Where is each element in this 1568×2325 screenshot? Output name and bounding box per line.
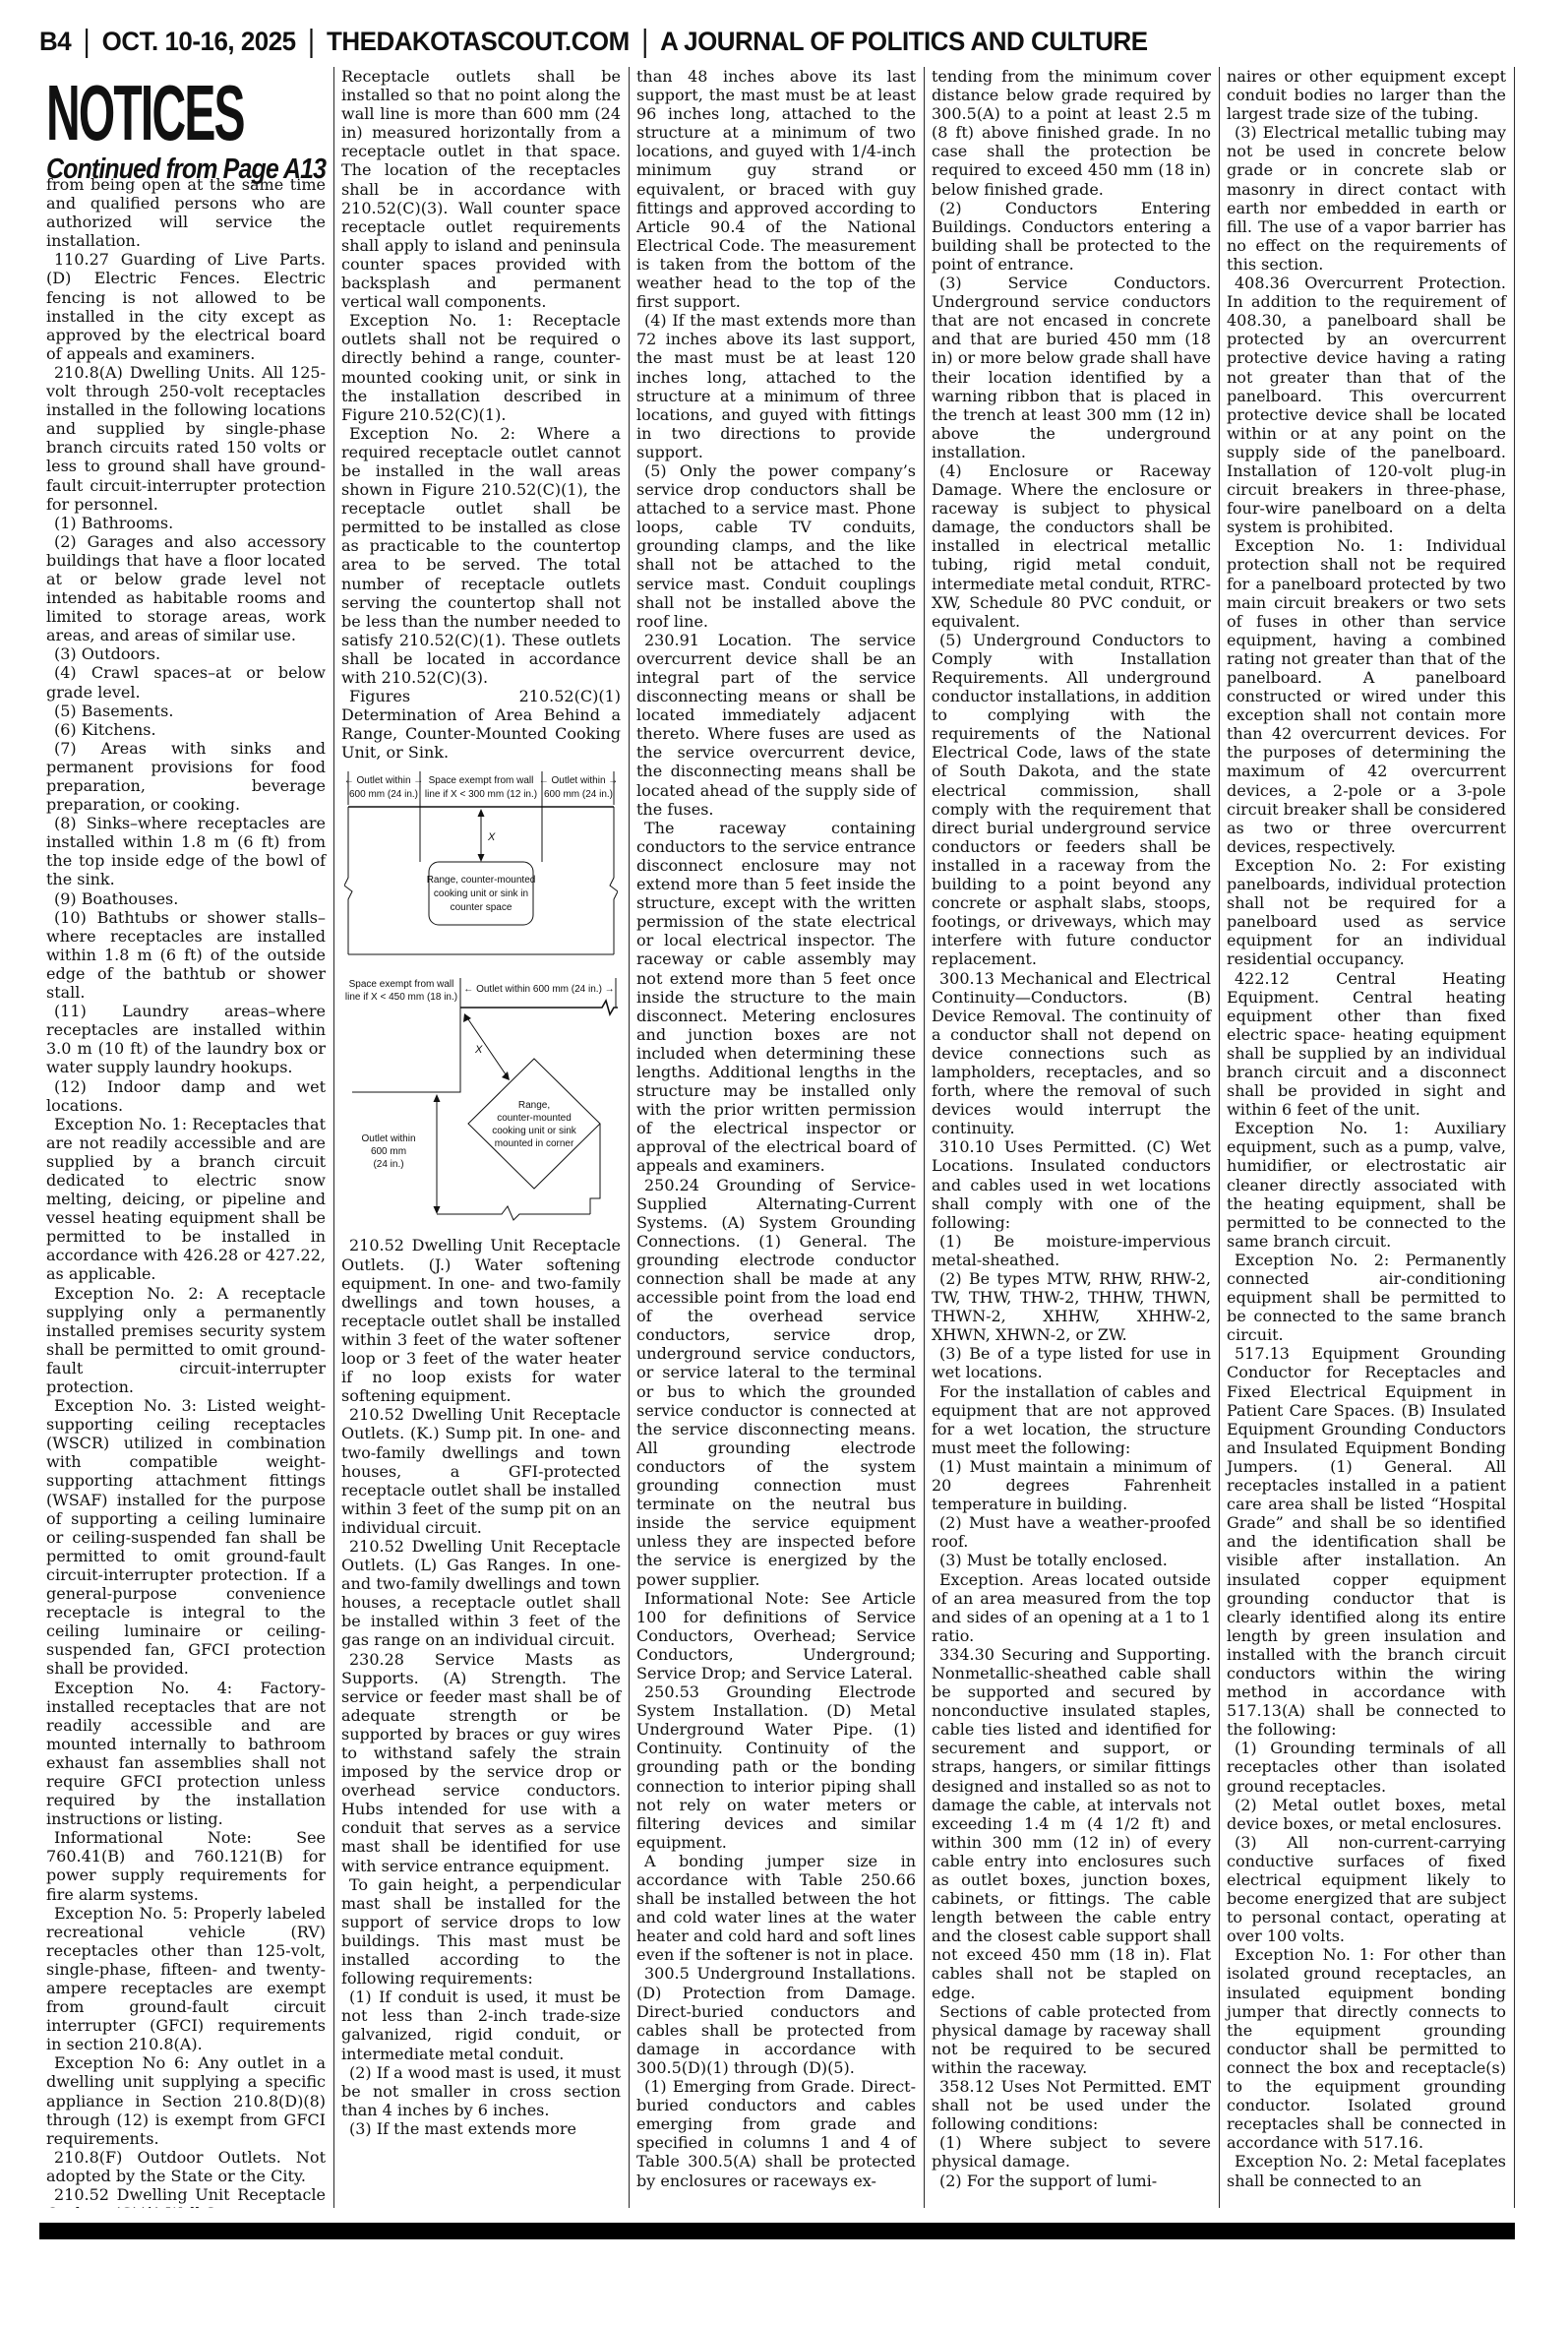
newspaper-page: B4 | OCT. 10-16, 2025 | THEDAKOTASCOUT.C…	[0, 0, 1568, 2325]
notice-paragraph: (1) Emerging from Grade. Direct-buried c…	[636, 2077, 916, 2190]
notice-paragraph: 210.52 Dwelling Unit Receptacle Outlets.…	[46, 2185, 326, 2208]
notice-paragraph: 230.28 Service Masts as Supports. (A) St…	[341, 1650, 621, 1875]
notice-paragraph: 408.36 Overcurrent Protection. In additi…	[1227, 274, 1506, 536]
column-text: tending from the minimum cover distance …	[932, 67, 1211, 2190]
notices-heading: NOTICES Continued from Page A13	[46, 81, 326, 175]
notice-paragraph: (11) Laundry areas–where receptacles are…	[46, 1002, 326, 1076]
notice-paragraph: Informational Note: See 760.41(B) and 76…	[46, 1828, 326, 1903]
notice-paragraph: 517.13 Equipment Grounding Conductor for…	[1227, 1344, 1506, 1739]
notice-paragraph: (2) Metal outlet boxes, metal device box…	[1227, 1796, 1506, 1833]
figure-box-label: Range,	[518, 1100, 550, 1111]
notice-paragraph: 358.12 Uses Not Permitted. EMT shall not…	[932, 2077, 1211, 2133]
notice-paragraph: Exception No. 4: Factory-installed recep…	[46, 1679, 326, 1829]
notice-paragraph: (10) Bathtubs or shower stalls–where rec…	[46, 908, 326, 1002]
notice-paragraph: (1) Bathrooms.	[46, 514, 326, 532]
figure-box-label: cooking unit or sink in	[434, 888, 528, 899]
figure-x-label: X	[487, 831, 496, 843]
notice-paragraph: (3) Outdoors.	[46, 644, 326, 663]
notice-paragraph: (1) Be moisture-impervious metal-sheathe…	[932, 1232, 1211, 1269]
notice-paragraph: (1) If conduit is used, it must be not l…	[341, 1988, 621, 2062]
figure-label: 600 mm	[371, 1146, 406, 1157]
notice-paragraph: (5) Underground Conductors to Comply wit…	[932, 631, 1211, 969]
counter-space-diagram: ← Outlet within → 600 mm (24 in.) Space …	[344, 771, 618, 964]
notice-paragraph: 210.52 Dwelling Unit Receptacle Outlets.…	[341, 1236, 621, 1405]
notice-paragraph: 300.5 Underground Installations. (D) Pro…	[636, 1964, 916, 2077]
notice-paragraph: 422.12 Central Heating Equipment. Centra…	[1227, 969, 1506, 1120]
notice-paragraph: (2) Conductors Entering Buildings. Condu…	[932, 199, 1211, 274]
figure-label: line if X < 450 mm (18 in.)	[345, 992, 457, 1003]
column-text: Receptacle outlets shall be installed so…	[341, 67, 621, 2138]
website-url: THEDAKOTASCOUT.COM	[327, 27, 630, 57]
notice-paragraph: 334.30 Securing and Supporting. Nonmetal…	[932, 1645, 1211, 2002]
notice-paragraph: 300.13 Mechanical and Electrical Continu…	[932, 969, 1211, 1138]
figure-label: ← Outlet within 600 mm (24 in.) →	[463, 984, 614, 995]
column-text: than 48 inches above its last support, t…	[636, 67, 916, 2190]
page-bottom-rule	[39, 2223, 1515, 2239]
masthead-separator: |	[296, 24, 327, 60]
notice-paragraph: Exception No. 2: Permanently connected a…	[1227, 1251, 1506, 1344]
figure-label: ← Outlet within →	[539, 775, 618, 786]
notice-paragraph: For the installation of cables and equip…	[932, 1382, 1211, 1457]
notice-paragraph: naires or other equipment except conduit…	[1227, 67, 1506, 123]
notice-paragraph: tending from the minimum cover distance …	[932, 67, 1211, 199]
page-number: B4	[39, 27, 71, 57]
notice-paragraph: (7) Areas with sinks and permanent provi…	[46, 739, 326, 814]
figure-label: (24 in.)	[373, 1159, 403, 1170]
figure-label: 600 mm (24 in.)	[544, 789, 613, 800]
masthead-separator: |	[630, 24, 660, 60]
figure-label: 600 mm (24 in.)	[349, 789, 418, 800]
notices-column-4: tending from the minimum cover distance …	[925, 67, 1220, 2208]
notices-column-2: Receptacle outlets shall be installed so…	[334, 67, 630, 2208]
notice-paragraph: Sections of cable protected from physica…	[932, 2002, 1211, 2077]
notice-paragraph: Exception No. 1: Auxiliary equipment, su…	[1227, 1119, 1506, 1251]
notice-paragraph: 110.27 Guarding of Live Parts. (D) Elect…	[46, 250, 326, 363]
notices-column-1: NOTICES Continued from Page A13 from bei…	[39, 67, 334, 2208]
figure-box-label: mounted in corner	[495, 1138, 574, 1149]
notice-paragraph: (2) For the support of lumi-	[932, 2172, 1211, 2190]
notice-paragraph: Exception No. 3: Listed weight-supportin…	[46, 1396, 326, 1678]
notice-paragraph: (3) Be of a type listed for use in wet l…	[932, 1344, 1211, 1381]
notice-paragraph: (3) All non-current-carrying conductive …	[1227, 1833, 1506, 1946]
notice-paragraph: 210.8(A) Dwelling Units. All 125-volt th…	[46, 363, 326, 514]
continued-note: Continued from Page A13	[46, 154, 286, 184]
notice-paragraph: Exception No. 1: Individual protection s…	[1227, 536, 1506, 856]
figure-box-label: cooking unit or sink	[492, 1126, 577, 1136]
section-title: NOTICES	[46, 81, 213, 146]
figure-label: Outlet within	[361, 1133, 415, 1144]
figure-box-label: Range, counter-mounted	[427, 875, 536, 886]
notices-column-5: naires or other equipment except conduit…	[1220, 67, 1515, 2208]
figure-label: ← Outlet within →	[344, 775, 423, 786]
figure-label: Space exempt from wall	[349, 979, 454, 990]
notices-column-3: than 48 inches above its last support, t…	[630, 67, 925, 2208]
notice-paragraph: (3) If the mast extends more	[341, 2119, 621, 2138]
notice-paragraph: The raceway containing conductors to the…	[636, 819, 916, 1176]
notice-paragraph: Exception No. 2: Where a required recept…	[341, 424, 621, 687]
notice-paragraph: (4) If the mast extends more than 72 inc…	[636, 311, 916, 461]
tagline: A JOURNAL OF POLITICS AND CULTURE	[660, 27, 1147, 57]
figure-box-label: counter space	[451, 902, 513, 913]
notice-paragraph: (2) Garages and also accessory buildings…	[46, 532, 326, 645]
notice-paragraph: (4) Crawl spaces–at or below grade level…	[46, 663, 326, 701]
notice-paragraph: (6) Kitchens.	[46, 720, 326, 739]
notice-paragraph: (8) Sinks–where receptacles are installe…	[46, 814, 326, 888]
notice-paragraph: 310.10 Uses Permitted. (C) Wet Locations…	[932, 1137, 1211, 1231]
notice-paragraph: 210.8(F) Outdoor Outlets. Not adopted by…	[46, 2148, 326, 2185]
column-text: from being open at the same time and qua…	[46, 175, 326, 2208]
notice-paragraph: Exception No. 2: For existing panelboard…	[1227, 856, 1506, 969]
notice-paragraph: Exception No. 2: A receptacle supplying …	[46, 1284, 326, 1397]
column-text: naires or other equipment except conduit…	[1227, 67, 1506, 2190]
notice-paragraph: Exception No. 5: Properly labeled recrea…	[46, 1904, 326, 2054]
notice-paragraph: than 48 inches above its last support, t…	[636, 67, 916, 311]
notice-paragraph: (4) Enclosure or Raceway Damage. Where t…	[932, 461, 1211, 631]
figure-x-label: X	[474, 1044, 483, 1056]
notice-paragraph: Exception No. 1: For other than isolated…	[1227, 1945, 1506, 2152]
notice-paragraph: Figures 210.52(C)(1) Determination of Ar…	[341, 687, 621, 762]
notice-paragraph: Exception No. 2: Metal faceplates shall …	[1227, 2152, 1506, 2189]
notice-paragraph: Receptacle outlets shall be installed so…	[341, 67, 621, 311]
notice-paragraph: (3) Electrical metallic tubing may not b…	[1227, 123, 1506, 274]
notice-paragraph: A bonding jumper size in accordance with…	[636, 1852, 916, 1965]
notice-paragraph: (1) Must maintain a minimum of 20 degree…	[932, 1457, 1211, 1513]
figure-210-52-c1-wall: ← Outlet within → 600 mm (24 in.) Space …	[341, 771, 621, 964]
masthead: B4 | OCT. 10-16, 2025 | THEDAKOTASCOUT.C…	[39, 26, 1456, 67]
notice-paragraph: (12) Indoor damp and wet locations.	[46, 1077, 326, 1115]
notice-paragraph: (2) Be types MTW, RHW, RHW-2, TW, THW, T…	[932, 1269, 1211, 1344]
notice-paragraph: Exception No 6: Any outlet in a dwelling…	[46, 2053, 326, 2147]
notice-paragraph: (2) Must have a weather-proofed roof.	[932, 1513, 1211, 1551]
notice-paragraph: from being open at the same time and qua…	[46, 175, 326, 250]
corner-counter-diagram: Space exempt from wall line if X < 450 m…	[344, 976, 618, 1224]
notice-paragraph: 250.53 Grounding Electrode System Instal…	[636, 1683, 916, 1852]
notice-paragraph: (2) If a wood mast is used, it must be n…	[341, 2063, 621, 2119]
notice-paragraph: Exception. Areas located outside of an a…	[932, 1570, 1211, 1645]
figure-210-52-c1-corner: Space exempt from wall line if X < 450 m…	[341, 976, 621, 1224]
figure-box-label: counter-mounted	[497, 1113, 572, 1124]
notice-paragraph: Informational Note: See Article 100 for …	[636, 1589, 916, 1683]
notice-paragraph: 230.91 Location. The service overcurrent…	[636, 631, 916, 819]
notice-paragraph: 250.24 Grounding of Service-Supplied Alt…	[636, 1176, 916, 1589]
notice-paragraph: (1) Where subject to severe physical dam…	[932, 2133, 1211, 2171]
notice-paragraph: (9) Boathouses.	[46, 889, 326, 908]
notice-paragraph: 210.52 Dwelling Unit Receptacle Outlets.…	[341, 1405, 621, 1537]
notice-paragraph: Exception No. 1: Receptacle outlets shal…	[341, 311, 621, 424]
notice-paragraph: To gain height, a perpendicular mast sha…	[341, 1875, 621, 1988]
notice-paragraph: Exception No. 1: Receptacles that are no…	[46, 1115, 326, 1284]
masthead-separator: |	[71, 24, 101, 60]
figure-label: line if X < 300 mm (12 in.)	[425, 789, 537, 800]
notices-content: NOTICES Continued from Page A13 from bei…	[39, 67, 1515, 2208]
notice-paragraph: 210.52 Dwelling Unit Receptacle Outlets.…	[341, 1537, 621, 1650]
notice-paragraph: (1) Grounding terminals of all receptacl…	[1227, 1739, 1506, 1795]
issue-date: OCT. 10-16, 2025	[102, 27, 296, 57]
notice-paragraph: (3) Must be totally enclosed.	[932, 1551, 1211, 1569]
notice-paragraph: (5) Only the power company’s service dro…	[636, 461, 916, 631]
notice-paragraph: (5) Basements.	[46, 702, 326, 720]
figure-label: Space exempt from wall	[429, 775, 534, 786]
notice-paragraph: (3) Service Conductors. Underground serv…	[932, 274, 1211, 461]
